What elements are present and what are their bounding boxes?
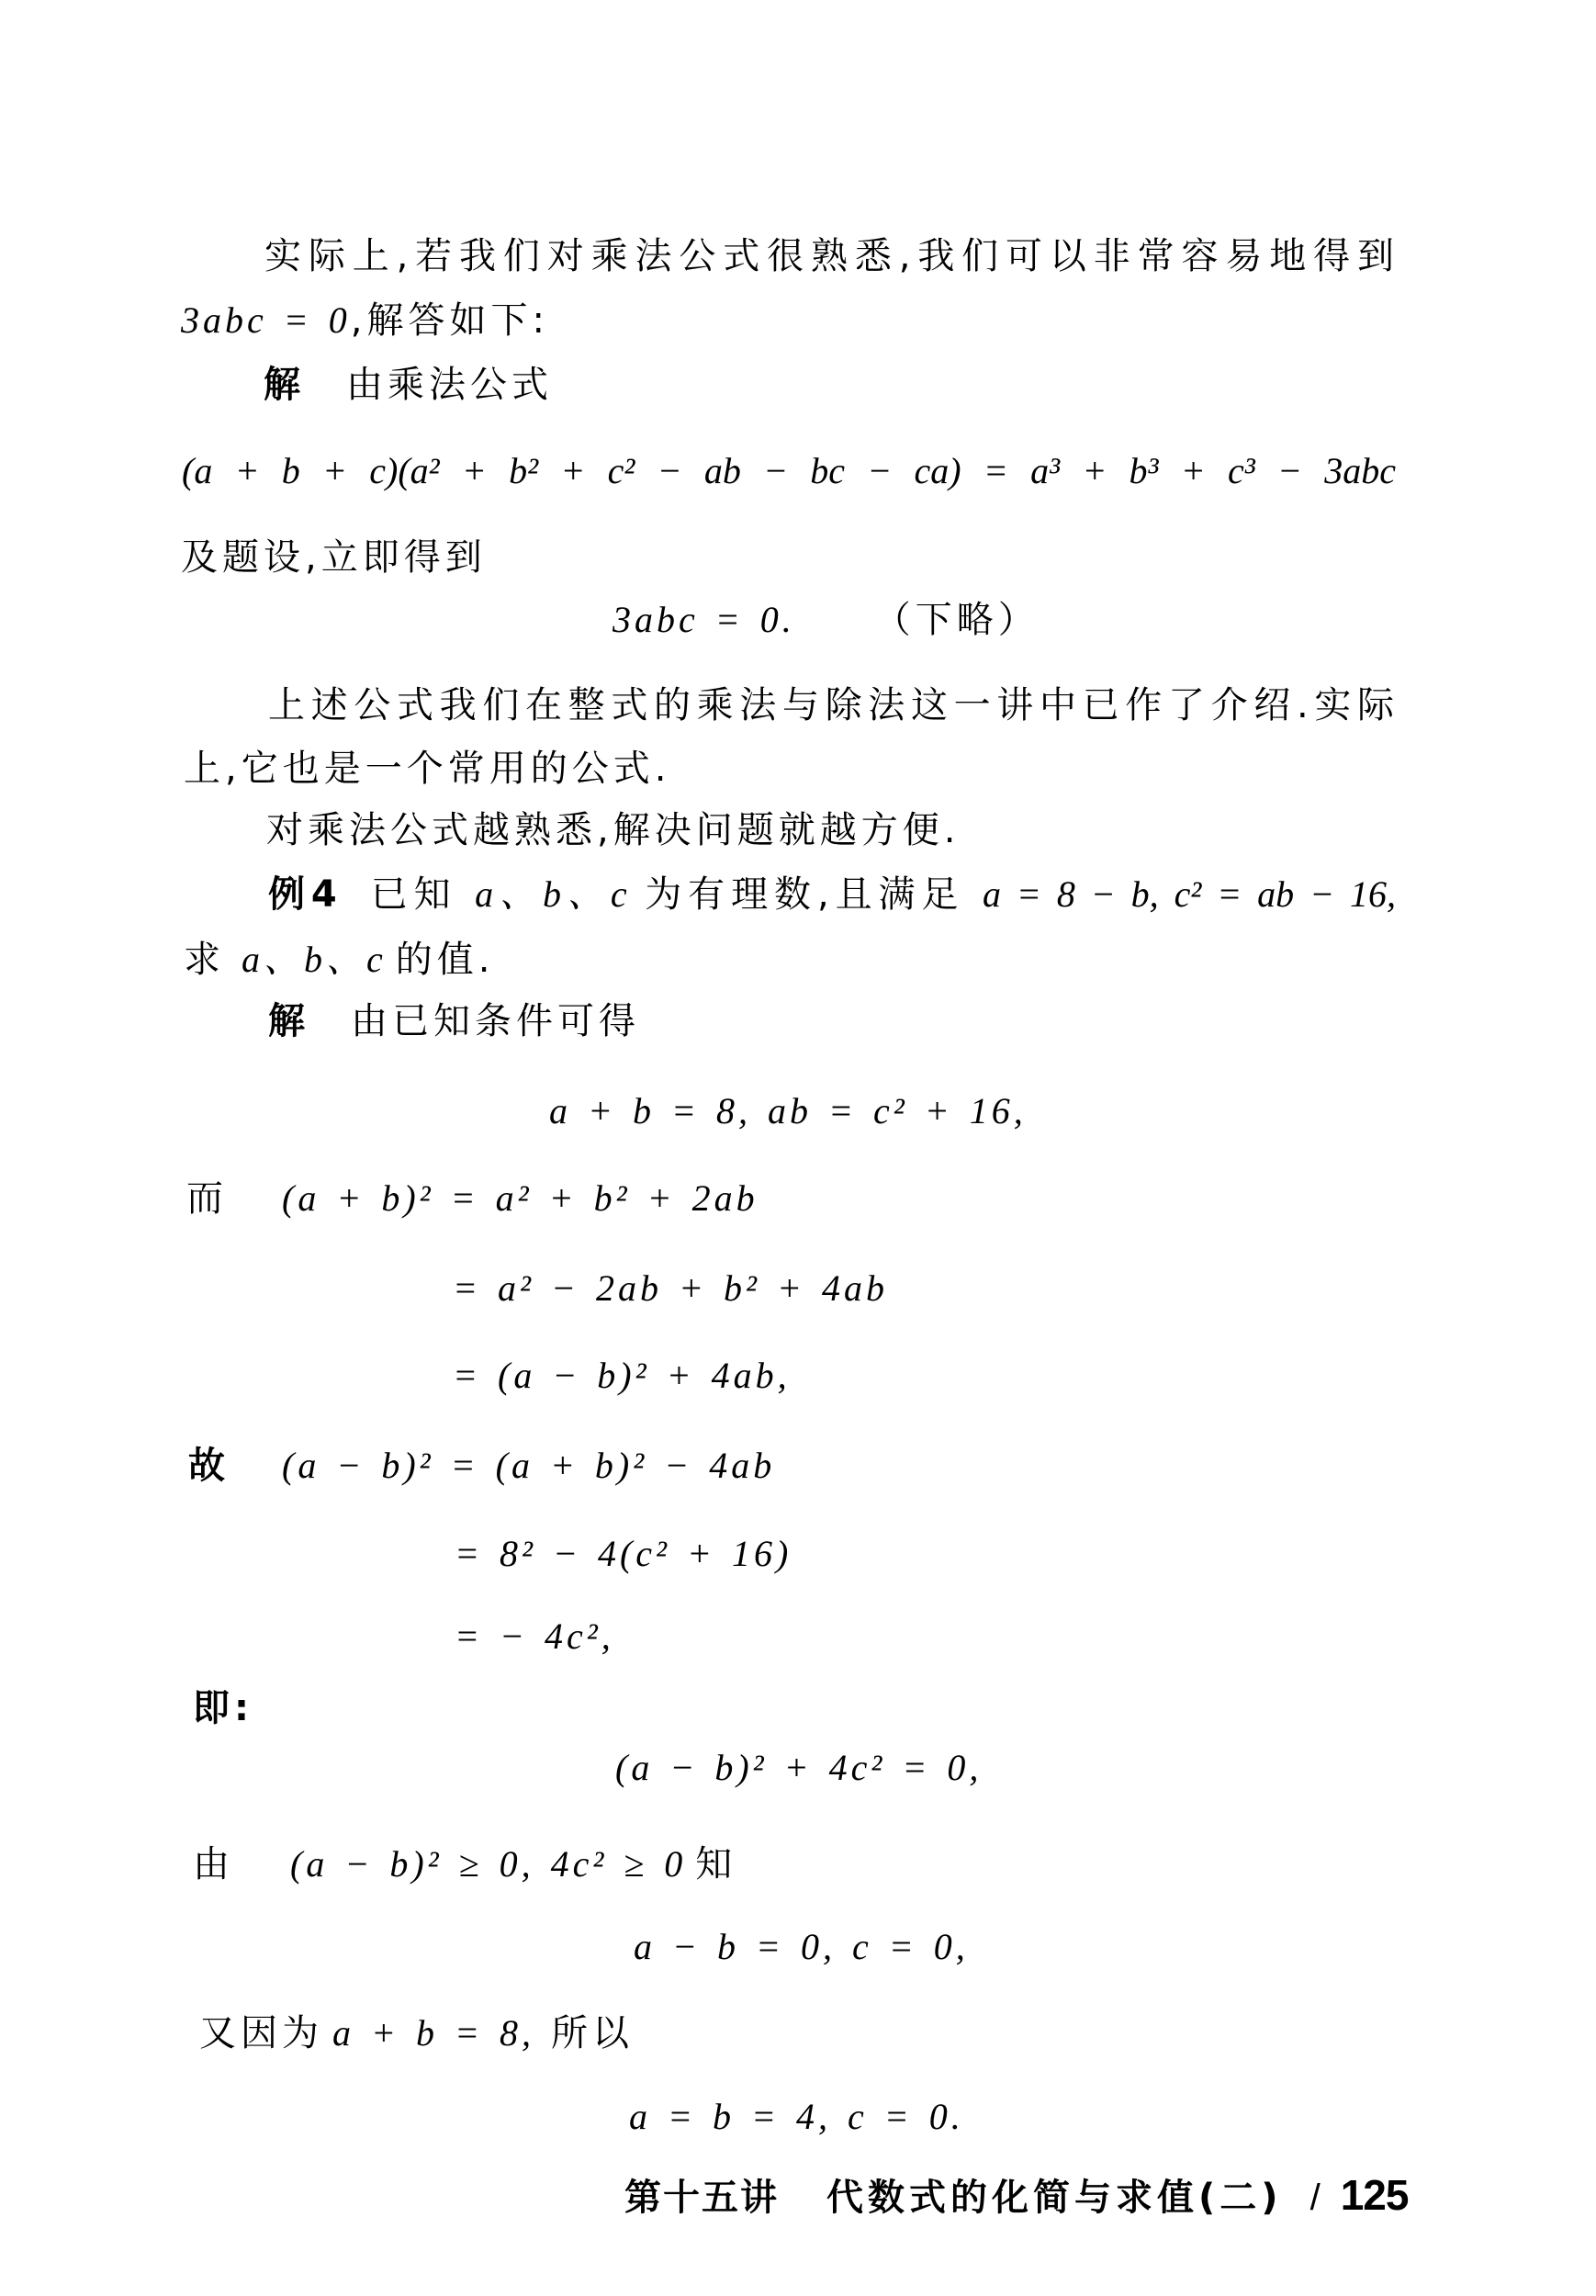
step-row: 又因为a + b = 8,所以 (199, 2010, 634, 2056)
text: 对乘法公式越熟悉,解决问题就越方便. (266, 809, 960, 851)
paragraph-2-line-2: 上,它也是一个常用的公式. (184, 746, 670, 792)
step-row: = a² − 2ab + b² + 4ab (453, 1266, 888, 1311)
text: 上述公式我们在整式的乘法与除法这一讲中已作了介绍.实际 (268, 684, 1394, 726)
math-expression: 3abc = 0 (181, 299, 351, 341)
solution-label: 解 (268, 1000, 305, 1042)
solution-4-given: a + b = 8, ab = c² + 16, (549, 1088, 1027, 1134)
text: 求 (184, 939, 225, 981)
step-lead: 故 (188, 1443, 282, 1489)
text: 实际上,若我们对乘法公式很熟悉,我们可以非常容易地得到 (264, 235, 1394, 277)
text: （下略） (874, 599, 1040, 641)
text: 为有理数,且满足 (645, 873, 964, 916)
step-lead: 即: (193, 1687, 253, 1729)
step-row: 故(a − b)² = (a + b)² − 4ab (188, 1443, 775, 1489)
math-expression: (a + b)² = a² + b² + 2ab (282, 1177, 759, 1219)
text: 及题设,立即得到 (181, 536, 487, 579)
example-4-line-2: 求a、b、c的值. (184, 937, 494, 983)
step-row: = 8² − 4(c² + 16) (455, 1531, 792, 1577)
step-row: a − b = 0, c = 0, (634, 1924, 969, 1970)
math-expression: = 8² − 4(c² + 16) (455, 1533, 792, 1574)
chapter-label: 第十五讲 (624, 2177, 779, 2219)
math-expression: a = b = 4, c = 0. (629, 2096, 964, 2137)
paragraph-1-line-2: 3abc = 0,解答如下: (181, 298, 549, 343)
step-row: = − 4c², (455, 1614, 614, 1660)
step-lead: 而 (186, 1176, 282, 1221)
math-expression: a + b = 8, (332, 2012, 534, 2054)
math-expression: 3abc = 0. (613, 599, 795, 640)
step-tail: 所以 (551, 2012, 634, 2054)
text: 由乘法公式 (346, 364, 553, 406)
solution-4-heading: 解由已知条件可得 (268, 998, 640, 1044)
step-row: a = b = 4, c = 0. (629, 2094, 964, 2140)
math-expression: = a² − 2ab + b² + 4ab (453, 1267, 888, 1309)
example-4-line-1: 例4已知 a、b、c 为有理数,且满足 a = 8 − b, c² = ab −… (268, 872, 1396, 917)
text: 由已知条件可得 (351, 1000, 640, 1042)
math-expression: a、b、c (475, 873, 626, 915)
page-footer: 第十五讲代数式的化简与求值(二)/125 (624, 2172, 1408, 2218)
page-number: 125 (1341, 2171, 1409, 2219)
paragraph-2-line-1: 上述公式我们在整式的乘法与除法这一讲中已作了介绍.实际 (268, 682, 1394, 728)
math-expression: a − b = 0, c = 0, (634, 1926, 969, 1967)
solution-label: 解 (264, 364, 300, 406)
paragraph-1-line-1: 实际上,若我们对乘法公式很熟悉,我们可以非常容易地得到 (264, 233, 1394, 279)
math-expression: a、b、c (242, 939, 387, 980)
step-lead: 由 (193, 1841, 290, 1887)
math-expression: = (a − b)² + 4ab, (453, 1355, 791, 1396)
solution-1-follow: 及题设,立即得到 (181, 535, 487, 580)
text: ,解答如下: (351, 299, 549, 342)
step-row: = (a − b)² + 4ab, (453, 1353, 791, 1399)
text: 的值. (396, 939, 495, 981)
step-lead: 又因为 (199, 2012, 323, 2054)
solution-1-result: 3abc = 0.（下略） (613, 597, 1040, 643)
step-tail: 知 (695, 1843, 736, 1885)
math-expression: (a − b)² + 4c² = 0, (615, 1747, 982, 1788)
example-label: 例4 (268, 873, 337, 916)
math-expression: = − 4c², (455, 1615, 614, 1657)
math-expression: a = 8 − b, c² = ab − 16, (983, 873, 1396, 915)
text: 上,它也是一个常用的公式. (184, 748, 670, 790)
text: 已知 (365, 873, 457, 916)
book-page: 实际上,若我们对乘法公式很熟悉,我们可以非常容易地得到 3abc = 0,解答如… (0, 0, 1596, 2296)
math-expression: (a + b + c)(a² + b² + c² − ab − bc − ca)… (182, 450, 1396, 491)
chapter-title: 代数式的化简与求值(二) (826, 2177, 1283, 2219)
math-expression: a + b = 8, ab = c² + 16, (549, 1090, 1027, 1131)
paragraph-3-line-1: 对乘法公式越熟悉,解决问题就越方便. (266, 807, 960, 853)
solution-1-heading: 解由乘法公式 (264, 362, 553, 408)
step-row: 即: (193, 1685, 253, 1731)
step-row: 由(a − b)² ≥ 0, 4c² ≥ 0知 (193, 1841, 736, 1887)
math-expression: (a − b)² = (a + b)² − 4ab (282, 1445, 775, 1486)
solution-1-identity: (a + b + c)(a² + b² + c² − ab − bc − ca)… (182, 448, 1396, 494)
step-row: (a − b)² + 4c² = 0, (615, 1745, 982, 1791)
math-expression: (a − b)² ≥ 0, 4c² ≥ 0 (290, 1843, 686, 1885)
separator: / (1310, 2178, 1321, 2218)
step-row: 而(a + b)² = a² + b² + 2ab (186, 1176, 759, 1221)
